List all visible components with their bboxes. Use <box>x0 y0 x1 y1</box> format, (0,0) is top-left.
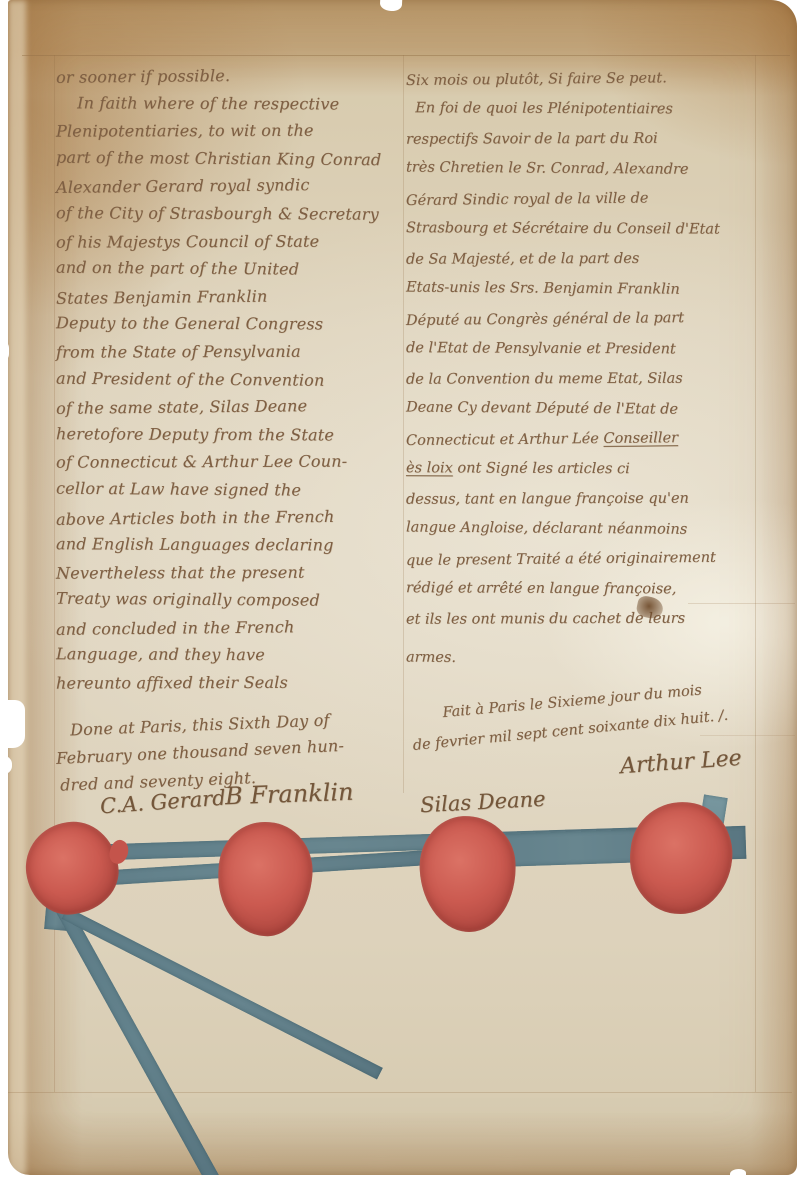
text-line: of Connecticut & Arthur Lee Coun- <box>56 448 404 477</box>
text-line: of the City of Strasbourgh & Secretary <box>56 199 404 228</box>
ribbon-tail-long <box>53 899 220 1175</box>
text-line: En foi de quoi les Plénipotentiaires <box>406 93 788 125</box>
text-line: Language, and they have <box>56 641 404 670</box>
text-line: above Articles both in the French <box>56 502 404 533</box>
text-line: Nevertheless that the present <box>56 558 404 587</box>
text-line: de la Convention du meme Etat, Silas <box>406 363 788 394</box>
text-line: from the State of Pensylvania <box>56 337 404 366</box>
paper-tear-top <box>380 0 403 12</box>
text-line: States Benjamin Franklin <box>56 281 404 312</box>
text-line: respectifs Savoir de la part du Roi <box>406 123 788 154</box>
text-line: rédigé et arrêté en langue françoise, <box>406 573 788 605</box>
ruled-line-left-margin <box>54 55 55 1092</box>
signature-franklin: B Franklin <box>225 778 354 810</box>
paper-tear-bottom <box>730 1169 746 1175</box>
signature-deane: Silas Deane <box>419 787 546 818</box>
text-segment: ont Signé les articles ci <box>453 460 630 477</box>
text-line: Député au Congrès général de la part <box>406 302 788 336</box>
text-line: Plenipotentiaries, to wit on the <box>56 117 404 146</box>
text-line: de Sa Majesté, et de la part des <box>406 243 788 274</box>
text-line: and English Languages declaring <box>56 530 404 559</box>
text-line: Strasbourg et Sécrétaire du Conseil d'Et… <box>406 213 788 245</box>
text-line: très Chretien le Sr. Conrad, Alexandre <box>406 153 788 186</box>
text-line: Connecticut et Arthur Lée Conseiller <box>406 422 788 456</box>
text-line: Deane Cy devant Député de l'Etat de <box>406 393 788 426</box>
text-segment: Connecticut et Arthur Lée <box>406 431 604 449</box>
text-line: and on the part of the United <box>56 254 404 284</box>
text-line: of the same state, Silas Deane <box>56 391 404 422</box>
manuscript-page: or sooner if possible. In faith where of… <box>8 0 797 1175</box>
text-line: Etats-unis les Srs. Benjamin Franklin <box>406 273 788 306</box>
french-text-column: Six mois ou plutôt, Si faire Se peut. En… <box>406 64 788 743</box>
text-line: of his Majestys Council of State <box>56 227 404 256</box>
text-line: Deputy to the General Congress <box>56 310 404 339</box>
text-segment: Conseiller <box>603 430 678 447</box>
text-line: Six mois ou plutôt, Si faire Se peut. <box>406 62 788 96</box>
english-text-column: or sooner if possible. In faith where of… <box>56 62 404 792</box>
text-line: and concluded in the French <box>56 612 404 643</box>
text-line: que le present Traité a été originaireme… <box>406 542 788 576</box>
deckled-left-edge <box>8 0 26 1175</box>
wax-seal-franklin <box>214 819 316 939</box>
text-line: cellor at Law have signed the <box>56 475 404 505</box>
text-line: armes. <box>406 643 788 676</box>
text-line: langue Angloise, déclarant néanmoins <box>406 513 788 546</box>
text-line: and President of the Convention <box>56 364 404 394</box>
signature-lee: Arthur Lee <box>619 746 742 779</box>
text-line: Alexander Gerard royal syndic <box>56 171 404 202</box>
text-line: or sooner if possible. <box>56 60 404 91</box>
text-line: Gérard Sindic royal de la ville de <box>406 182 788 216</box>
text-line: dessus, tant en langue françoise qu'en <box>406 483 788 514</box>
text-segment: ès loix <box>406 460 453 476</box>
ruled-line-top <box>22 55 790 56</box>
text-line: heretofore Deputy from the State <box>56 420 404 449</box>
ruled-line-bottom <box>8 1092 792 1093</box>
text-line: hereunto affixed their Seals <box>56 668 404 697</box>
text-line: part of the most Christian King Conrad <box>56 143 404 173</box>
text-line: et ils les ont munis du cachet de leurs <box>406 603 788 634</box>
wax-seal-gerard <box>20 816 124 920</box>
text-line: Treaty was originally composed <box>56 585 404 615</box>
paper-tear-left <box>8 700 25 748</box>
text-line: ès loix ont Signé les articles ci <box>406 453 788 485</box>
text-line: de l'Etat de Pensylvanie et President <box>406 333 788 365</box>
text-line: In faith where of the respective <box>56 89 404 118</box>
